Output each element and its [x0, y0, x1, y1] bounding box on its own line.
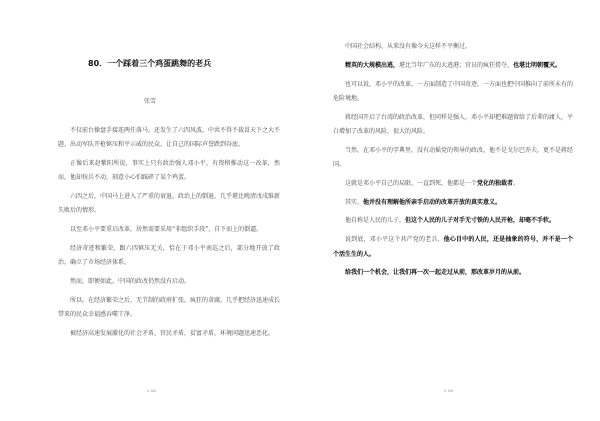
- paragraph: 以至邓小平要重启改革，居然需要采用“非组织手段”，自下而上的倒逼。: [58, 223, 280, 237]
- paragraph: 经济奇迹和繁荣，跟六四镇压无关，恰在于邓小平南巡之后，部分地开放了政治，确立了市…: [58, 242, 280, 271]
- paragraph: 这就是邓小平自己的局限，一直到死，他都是一个党化的独裁者。: [333, 177, 573, 191]
- paragraph: 蒋经国开启了台湾的政治改革，但同样是强人，邓小平却把难题留给了后辈的庸人，平白增…: [333, 111, 573, 140]
- paragraph: 然而，即便如此，中国的政改仍然没有启动。: [58, 275, 280, 289]
- paragraph: 其实，他并没有理解他所亲手启动的改革开放的真实意义。: [333, 196, 573, 210]
- paragraph: 六四之后，中国马上进入了严重的衰退，政治上的倒退，几乎堪比晚清戊戌维新失败后的情…: [58, 190, 280, 219]
- right-page: 中国社会结构，从来没有像今天这样不平衡过。精英的大规模出逃，堪比当年广东的大逃港…: [300, 0, 600, 421]
- text-run: 说到底，邓小平这个共产党的老兵，: [345, 236, 444, 243]
- paragraph: 说到底，邓小平这个共产党的老兵，他心目中的人民，还是抽象的符号，并不是一个个活生…: [333, 233, 573, 262]
- left-page-body: 不仅前台操盘手接连两任落马，还发生了六四风波，中共不得不裁冒天下之大不韪，出动军…: [58, 124, 280, 346]
- paragraph: 他自称是人民的儿子，但这个人民的儿子对手无寸铁的人民开枪，却毫不手软。: [333, 214, 573, 228]
- text-run: 。: [513, 180, 519, 187]
- page-number: 2 06: [147, 388, 156, 393]
- author-name: 张雪: [0, 96, 300, 105]
- paragraph: 精英的大规模出逃，堪比当年广东的大逃港；官员的疯狂捞夺，也堪比明朝覆灭。: [333, 59, 573, 73]
- paragraph: 当然，在邓小平的字典里，没有动摇党的领导的政改，他不是戈尔巴乔夫，更不是蒋经国。: [333, 144, 573, 173]
- paragraph: 不仅前台操盘手接连两任落马，还发生了六四风波，中共不得不裁冒天下之大不韪，出动军…: [58, 124, 280, 153]
- bold-text-run: 精英的大规模出逃，: [345, 62, 399, 69]
- paragraph: 正像后来赵紫阳所说，事实上只有政治强人邓小平，有资格推动这一改革，然而，他却按兵…: [58, 157, 280, 186]
- bold-text-run: 党化的独裁者: [477, 180, 513, 187]
- left-page: 80．一个踩着三个鸡蛋跳舞的老兵 张雪 不仅前台操盘手接连两任落马，还发生了六四…: [0, 0, 300, 421]
- bold-text-run: 他并没有理解他所亲手启动的改革开放的真实意义。: [363, 199, 501, 206]
- bold-text-run: 也堪比明朝覆灭。: [513, 62, 561, 69]
- paragraph: 也可以说，邓小平的改革，一方面制造了中国奇迹，一方面也把中国推向了前所未有的危险…: [333, 78, 573, 107]
- text-run: 其实，: [345, 199, 363, 206]
- text-run: 当然，在邓小平的字典里，没有动摇党的领导的政改，他不是戈尔巴乔夫，更不是蒋经国。: [333, 147, 573, 168]
- bold-text-run: 给我们一个机会，让我们再一次一起走过从前，那改革岁月的从前。: [345, 269, 525, 276]
- text-run: 这就是邓小平自己的局限，一直到死，他都是一个: [345, 180, 477, 187]
- text-run: 也可以说，邓小平的改革，一方面制造了中国奇迹，一方面也把中国推向了前所未有的危险…: [333, 81, 573, 102]
- paragraph: 被经济高速发展激化的社会矛盾，官民矛盾，贫富矛盾，环境问题迅速恶化。: [58, 327, 280, 341]
- text-run: 他自称是人民的儿子，: [345, 217, 405, 224]
- paragraph: 给我们一个机会，让我们再一次一起走过从前，那改革岁月的从前。: [333, 266, 573, 280]
- paragraph: 中国社会结构，从来没有像今天这样不平衡过。: [333, 40, 573, 54]
- page-number: 2 06: [444, 388, 453, 393]
- chapter-title: 80．一个踩着三个鸡蛋跳舞的老兵: [88, 58, 211, 69]
- paragraph: 所以，在经济繁荣之后，无节制的政府扩张，疯狂的贪腐，几乎把经济迅速成长带来的民众…: [58, 294, 280, 323]
- right-page-body: 中国社会结构，从来没有像今天这样不平衡过。精英的大规模出逃，堪比当年广东的大逃港…: [333, 40, 573, 285]
- text-run: 堪比当年广东的大逃港；官员的疯狂捞夺，: [399, 62, 513, 69]
- bold-text-run: 但这个人民的儿子对手无寸铁的人民开枪，却毫不手软。: [405, 217, 555, 224]
- text-run: 中国社会结构，从来没有像今天这样不平衡过。: [345, 43, 471, 50]
- text-run: 蒋经国开启了台湾的政治改革，但同样是强人，邓小平却把难题留给了后辈的庸人，平白增…: [333, 114, 573, 135]
